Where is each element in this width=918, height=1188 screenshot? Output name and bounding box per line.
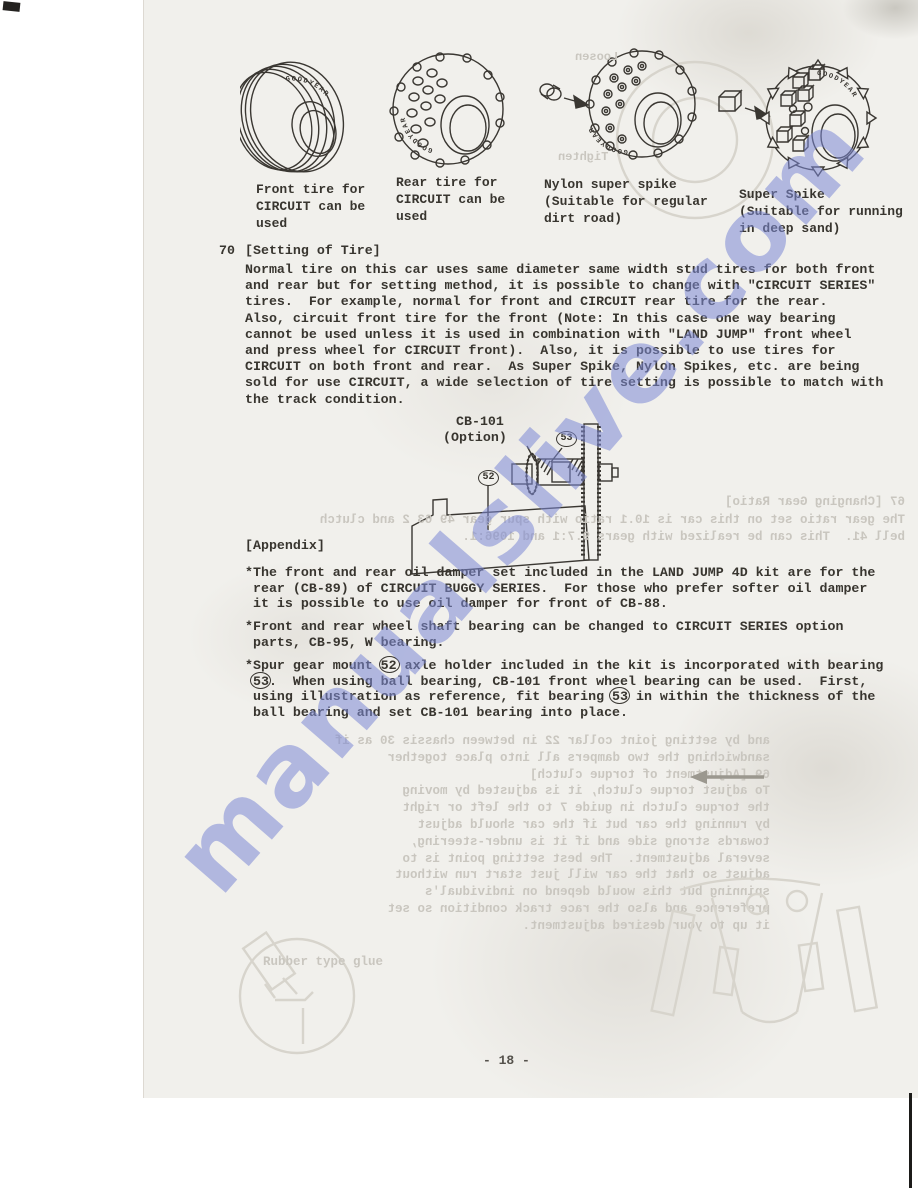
bleed-machine-drawing (620, 860, 918, 1075)
tire-brand-text: GOODYEAR (286, 75, 331, 99)
svg-text:GOODYEAR: GOODYEAR (399, 115, 434, 153)
tire-caption-rear: Rear tire for CIRCUIT can be used (396, 175, 505, 225)
scanned-manual-page: { "page": { "number_label": "- 18 -" }, … (0, 0, 918, 1188)
bleed-loosen-text: Loosen (575, 50, 618, 64)
page-number: - 18 - (483, 1053, 530, 1069)
tire-brand-text: GOODYEAR (399, 115, 434, 153)
circled-53-overlay-a (250, 672, 271, 689)
section-number: 70 (219, 243, 235, 259)
circled-53-overlay-b (609, 687, 630, 704)
tire-caption-nylon-spike: Nylon super spike (Suitable for regular … (544, 177, 708, 227)
scan-edge-line (909, 1093, 912, 1188)
appendix-bullet-1: *The front and rear oil damper set inclu… (245, 565, 875, 612)
svg-text:GOODYEAR: GOODYEAR (286, 75, 331, 99)
bleed-glue-drawing (225, 918, 385, 1068)
section-title: [Setting of Tire] (245, 243, 381, 259)
bleed-glue-label: Rubber type glue (263, 955, 383, 969)
diagram-title: CB-101 (456, 414, 504, 430)
bleed-tighten-text: Tighten (558, 150, 608, 164)
scan-smudge (842, 0, 918, 40)
scan-corner-mark (3, 1, 21, 12)
front-tire-illustration: GOODYEAR (240, 55, 355, 180)
tire-caption-front: Front tire for CIRCUIT can be used (256, 182, 365, 232)
rear-tire-illustration: GOODYEAR (385, 45, 515, 175)
svg-text:GOODYEAR: GOODYEAR (817, 70, 859, 100)
bleed-left-arrow (690, 768, 768, 786)
tire-brand-text: GOODYEAR (817, 70, 859, 100)
